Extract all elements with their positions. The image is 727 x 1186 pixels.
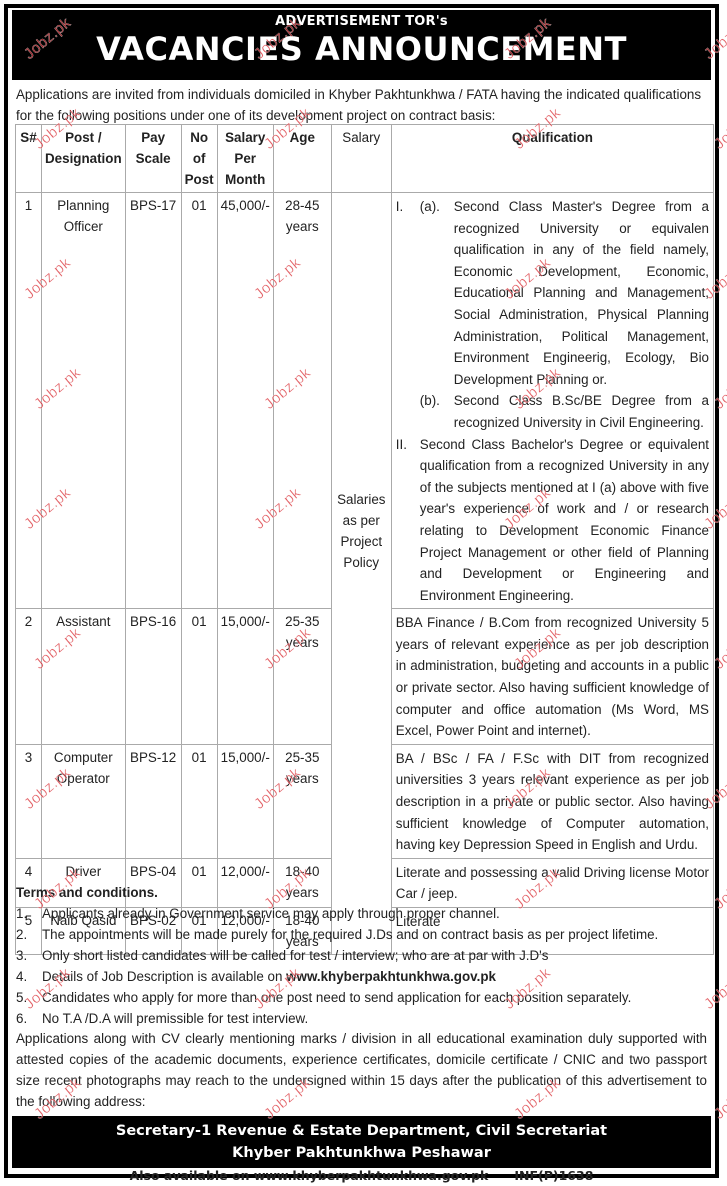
cell-sno: 1 (16, 193, 42, 609)
terms-item: 4.Details of Job Description is availabl… (16, 966, 707, 987)
cell-age: 25-35 years (273, 744, 331, 858)
address-line-2: Khyber Pakhtunkhwa Peshawar (12, 1142, 711, 1164)
cell-salary-note: Salaries as per Project Policy (331, 193, 391, 955)
website-link[interactable]: www.khyberpakhtunkhwa.gov.pk (286, 969, 496, 984)
cell-age: 25-35 years (273, 609, 331, 745)
cell-age: 28-45 years (273, 193, 331, 609)
terms-item: 5.Candidates who apply for more than one… (16, 987, 707, 1008)
header-banner: ADVERTISEMENT TOR's VACANCIES ANNOUNCEME… (12, 10, 711, 80)
qual-sub-b: (b). (420, 390, 454, 433)
cell-salary: 15,000/- (217, 609, 273, 745)
vacancies-table: S# Post / Designation Pay Scale No of Po… (15, 124, 714, 955)
qual-text-ii: Second Class Bachelor's Degree or equiva… (420, 434, 709, 607)
cell-sno: 3 (16, 744, 42, 858)
cell-sno: 2 (16, 609, 42, 745)
col-header-pay-scale: Pay Scale (125, 125, 181, 193)
col-header-sno: S# (16, 125, 42, 193)
intro-text: Applications are invited from individual… (16, 84, 707, 126)
terms-item: 2.The appointments will be made purely f… (16, 924, 707, 945)
cell-qualification: I. (a). Second Class Master's Degree fro… (391, 193, 713, 609)
table-row: 1 Planning Officer BPS-17 01 45,000/- 28… (16, 193, 714, 609)
cell-scale: BPS-17 (125, 193, 181, 609)
header-subtitle: ADVERTISEMENT TOR's (12, 10, 711, 29)
cell-qualification: BA / BSc / FA / F.Sc with DIT from recog… (391, 744, 713, 858)
qual-text-a: Second Class Master's Degree from a reco… (454, 196, 709, 390)
cell-salary: 45,000/- (217, 193, 273, 609)
cell-post: Assistant (42, 609, 126, 745)
terms-section: Terms and conditions. 1.Applicants alrea… (16, 882, 707, 1029)
footer: Also available on www.khyberpakhtunkhwa.… (12, 1168, 711, 1183)
cell-scale: BPS-12 (125, 744, 181, 858)
cell-qualification: BBA Finance / B.Com from recognized Univ… (391, 609, 713, 745)
cell-scale: BPS-16 (125, 609, 181, 745)
terms-item: 6.No T.A /D.A will premissible for test … (16, 1008, 707, 1029)
cell-post: Computer Operator (42, 744, 126, 858)
advertisement-frame: ADVERTISEMENT TOR's VACANCIES ANNOUNCEME… (4, 4, 719, 1178)
page-title: VACANCIES ANNOUNCEMENT (12, 29, 711, 69)
col-header-post: Post / Designation (42, 125, 126, 193)
cell-posts: 01 (181, 193, 217, 609)
qual-num-i: I. (396, 196, 420, 390)
cell-posts: 01 (181, 744, 217, 858)
cell-posts: 01 (181, 609, 217, 745)
col-header-qualification: Qualification (391, 125, 713, 193)
col-header-no-of-post: No of Post (181, 125, 217, 193)
application-instructions: Applications along with CV clearly menti… (16, 1028, 707, 1112)
terms-list: 1.Applicants already in Government servi… (16, 903, 707, 1029)
reference-number: INF(P)1638 (514, 1168, 593, 1183)
qual-text-b: Second Class B.Sc/BE Degree from a recog… (454, 390, 709, 433)
footer-text: Also available on www.khyberpakhtunkhwa.… (130, 1168, 489, 1183)
qual-sub-a: (a). (420, 196, 454, 390)
address-line-1: Secretary-1 Revenue & Estate Department,… (12, 1120, 711, 1142)
address-banner: Secretary-1 Revenue & Estate Department,… (12, 1116, 711, 1168)
terms-heading: Terms and conditions. (16, 882, 707, 903)
cell-salary: 15,000/- (217, 744, 273, 858)
table-header-row: S# Post / Designation Pay Scale No of Po… (16, 125, 714, 193)
terms-item: 3.Only short listed candidates will be c… (16, 945, 707, 966)
col-header-salary-per-month: Salary Per Month (217, 125, 273, 193)
col-header-age: Age (273, 125, 331, 193)
terms-item: 1.Applicants already in Government servi… (16, 903, 707, 924)
qual-num-ii: II. (396, 434, 420, 607)
cell-post: Planning Officer (42, 193, 126, 609)
col-header-salary: Salary (331, 125, 391, 193)
